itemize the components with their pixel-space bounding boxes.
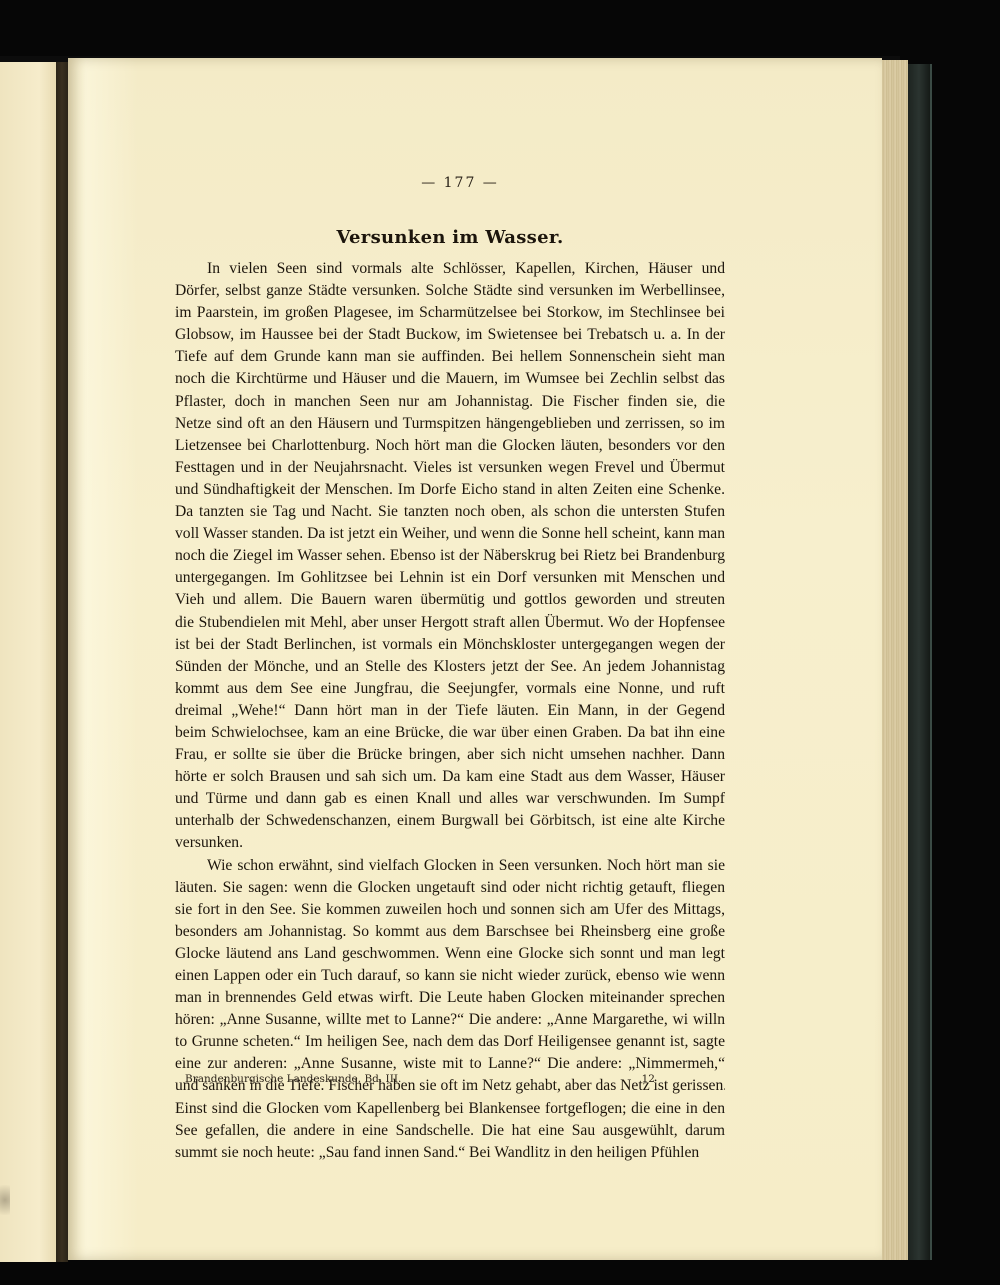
text-line: im Paarstein, im großen Plagesee, im Sch… <box>175 302 725 324</box>
text-line: noch die Kirchtürme und Häuser und die M… <box>175 368 725 390</box>
text-line: läuten. Sie sagen: wenn die Glocken unge… <box>175 877 725 899</box>
text-line: und Türme und dann gab es einen Knall un… <box>175 788 725 810</box>
book-cover-edge <box>908 64 932 1260</box>
text-line: Sünden der Mönche, und an Stelle des Klo… <box>175 656 725 678</box>
page-block-edges <box>882 60 908 1260</box>
text-line: sie fort in den See. Sie kommen zuweilen… <box>175 899 725 921</box>
text-line: Lietzensee bei Charlottenburg. Noch hört… <box>175 435 725 457</box>
text-line: ist bei der Stadt Berlinchen, ist vormal… <box>175 634 725 656</box>
text-line: beim Schwielochsee, kam an eine Brücke, … <box>175 722 725 744</box>
page-footer: Brandenburgische Landeskunde. Bd. III. 1… <box>185 1073 655 1085</box>
page-number: — 177 — <box>195 175 725 197</box>
text-line: Wie schon erwähnt, sind vielfach Glocken… <box>175 855 725 877</box>
footer-signature-number: 12 <box>642 1073 655 1085</box>
text-line: unterhalb der Schwedenschanzen, einem Bu… <box>175 810 725 832</box>
facing-page-edge <box>0 62 56 1262</box>
text-line: voll Wasser standen. Da ist jetzt ein We… <box>175 523 725 545</box>
chapter-title: Versunken im Wasser. <box>175 227 725 248</box>
paragraph-1: In vielen Seen sind vormals alte Schlöss… <box>175 258 725 855</box>
text-line: See gefallen, die andere in eine Sandsch… <box>175 1120 725 1142</box>
text-line: summt sie noch heute: „Sau fand innen Sa… <box>175 1142 725 1164</box>
footer-book-title: Brandenburgische Landeskunde. Bd. III. <box>185 1073 401 1085</box>
text-line: In vielen Seen sind vormals alte Schlöss… <box>175 258 725 280</box>
text-line: kommt aus dem See eine Jungfrau, die See… <box>175 678 725 700</box>
text-line: to Grunne scheten.“ Im heiligen See, nac… <box>175 1031 725 1053</box>
paragraph-2: Wie schon erwähnt, sind vielfach Glocken… <box>175 855 725 1164</box>
text-line: Vieh und allem. Die Bauern waren übermüt… <box>175 589 725 611</box>
text-line: Tiefe auf dem Grunde kann man sie auffin… <box>175 346 725 368</box>
text-line: versunken. <box>175 832 725 854</box>
text-line: Glocke läutend ans Land geschwommen. Wen… <box>175 943 725 965</box>
text-line: untergegangen. Im Gohlitzsee bei Lehnin … <box>175 567 725 589</box>
text-line: Frau, er sollte sie über die Brücke brin… <box>175 744 725 766</box>
text-line: Da tanzten sie Tag und Nacht. Sie tanzte… <box>175 501 725 523</box>
page-content: — 177 — Versunken im Wasser. In vielen S… <box>175 175 725 1164</box>
text-line: noch die Ziegel im Wasser sehen. Ebenso … <box>175 545 725 567</box>
text-line: Globsow, im Haussee bei der Stadt Buckow… <box>175 324 725 346</box>
text-line: Festtagen und in der Neujahrsnacht. Viel… <box>175 457 725 479</box>
text-line: hören: „Anne Susanne, willte met to Lann… <box>175 1009 725 1031</box>
text-line: man in brennendes Geld etwas wirft. Die … <box>175 987 725 1009</box>
text-line: einen Lappen oder ein Tuch darauf, so ka… <box>175 965 725 987</box>
text-line: und Sündhaftigkeit der Menschen. Im Dorf… <box>175 479 725 501</box>
book-gutter <box>56 62 68 1262</box>
text-line: die Stubendielen mit Mehl, aber unser He… <box>175 612 725 634</box>
text-line: Einst sind die Glocken vom Kapellenberg … <box>175 1098 725 1120</box>
text-line: Netze sind oft an den Häusern und Turmsp… <box>175 413 725 435</box>
page-smudge <box>0 1185 10 1215</box>
text-line: hörte er solch Brausen und sah sich um. … <box>175 766 725 788</box>
text-line: Dörfer, selbst ganze Städte versunken. S… <box>175 280 725 302</box>
text-line: Pflaster, doch in manchen Seen nur am Jo… <box>175 391 725 413</box>
text-line: besonders am Johannistag. So kommt aus d… <box>175 921 725 943</box>
text-line: dreimal „Wehe!“ Dann hört man in der Tie… <box>175 700 725 722</box>
